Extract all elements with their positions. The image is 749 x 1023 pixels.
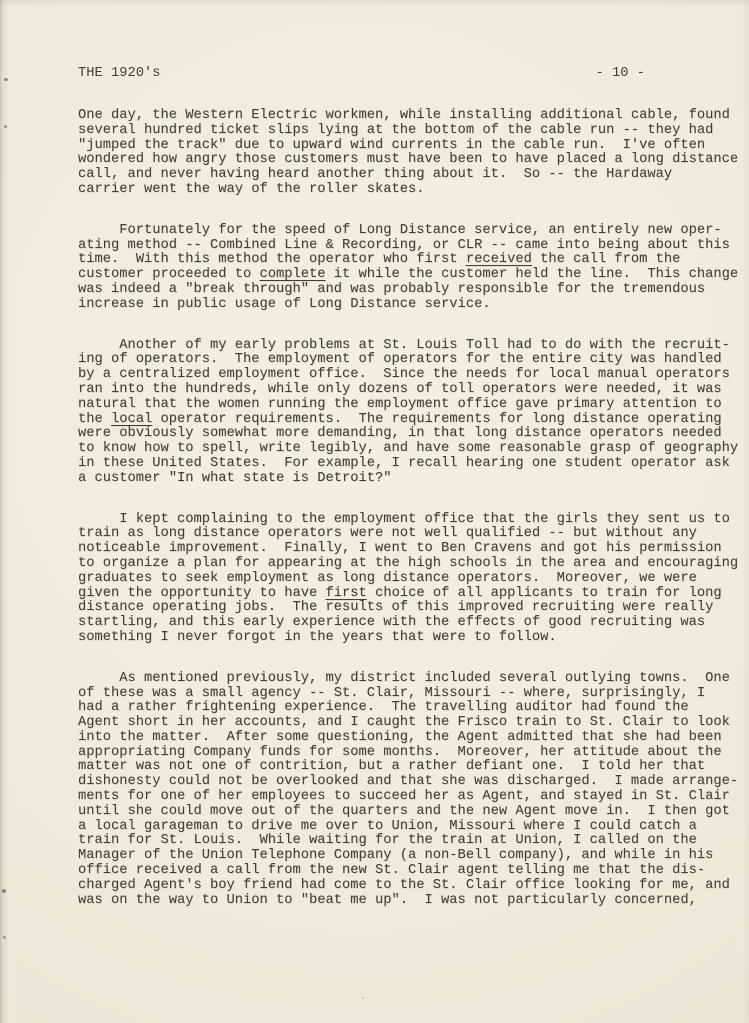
paragraph-st-clair-agent-incident: As mentioned previously, my district inc… xyxy=(78,672,744,909)
paper-speck xyxy=(4,78,8,81)
document-page: THE 1920's - 10 - One day, the Western E… xyxy=(0,0,749,1023)
paragraph-clr-method: Fortunately for the speed of Long Distan… xyxy=(78,224,744,313)
paragraph-hardaway-carrier: One day, the Western Electric workmen, w… xyxy=(78,109,744,198)
page-number: - 10 - xyxy=(595,66,645,81)
chapter-title: THE 1920's xyxy=(78,66,161,81)
paper-speck xyxy=(3,936,6,939)
document-body: One day, the Western Electric workmen, w… xyxy=(78,109,744,934)
paper-speck xyxy=(362,997,364,999)
paper-speck xyxy=(2,889,6,893)
paragraph-high-school-recruiting-plan: I kept complaining to the employment off… xyxy=(78,513,744,646)
paragraph-recruiting-operators: Another of my early problems at St. Loui… xyxy=(78,339,744,487)
paper-speck xyxy=(4,125,7,128)
page-header: THE 1920's - 10 - xyxy=(78,66,645,81)
